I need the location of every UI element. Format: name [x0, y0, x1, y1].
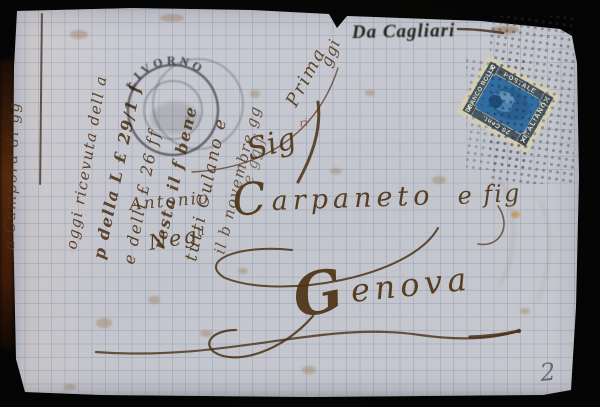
postmark-smudge: [151, 102, 199, 134]
address-surname-initial: C: [230, 173, 269, 227]
flourish-underline: [96, 331, 519, 354]
markings-overlay: a Campora di gg oggi ricevuta dell a p d…: [0, 0, 600, 407]
ink-blob: [517, 329, 521, 333]
pencil-note: 2: [538, 358, 557, 388]
flourish-efig-tail: [478, 206, 504, 244]
postmark-date-digit: 3: [184, 113, 190, 127]
dotted-cancellation: [466, 16, 574, 184]
address-honorific-sup: ri: [298, 116, 309, 130]
address-surname: arpaneto: [271, 180, 435, 217]
da-cagliari-text: Da Cagliari: [351, 20, 456, 43]
address-city-initial: G: [287, 255, 350, 332]
ghost-showthrough: [538, 200, 549, 300]
address-city: enova: [349, 260, 473, 310]
photo-stage: a Campora di gg oggi ricevuta dell a p d…: [0, 0, 600, 407]
script-line: ggi: [316, 36, 344, 70]
flourish-genova-tail: [209, 316, 313, 357]
cancel-dot-field: [466, 58, 528, 170]
flourish-sig-descender: [298, 102, 319, 182]
script-line: a Campora di gg: [0, 101, 23, 250]
da-cagliari-handstamp: Da Cagliari: [351, 20, 503, 43]
flourish-underline-thick-end: [470, 331, 518, 337]
